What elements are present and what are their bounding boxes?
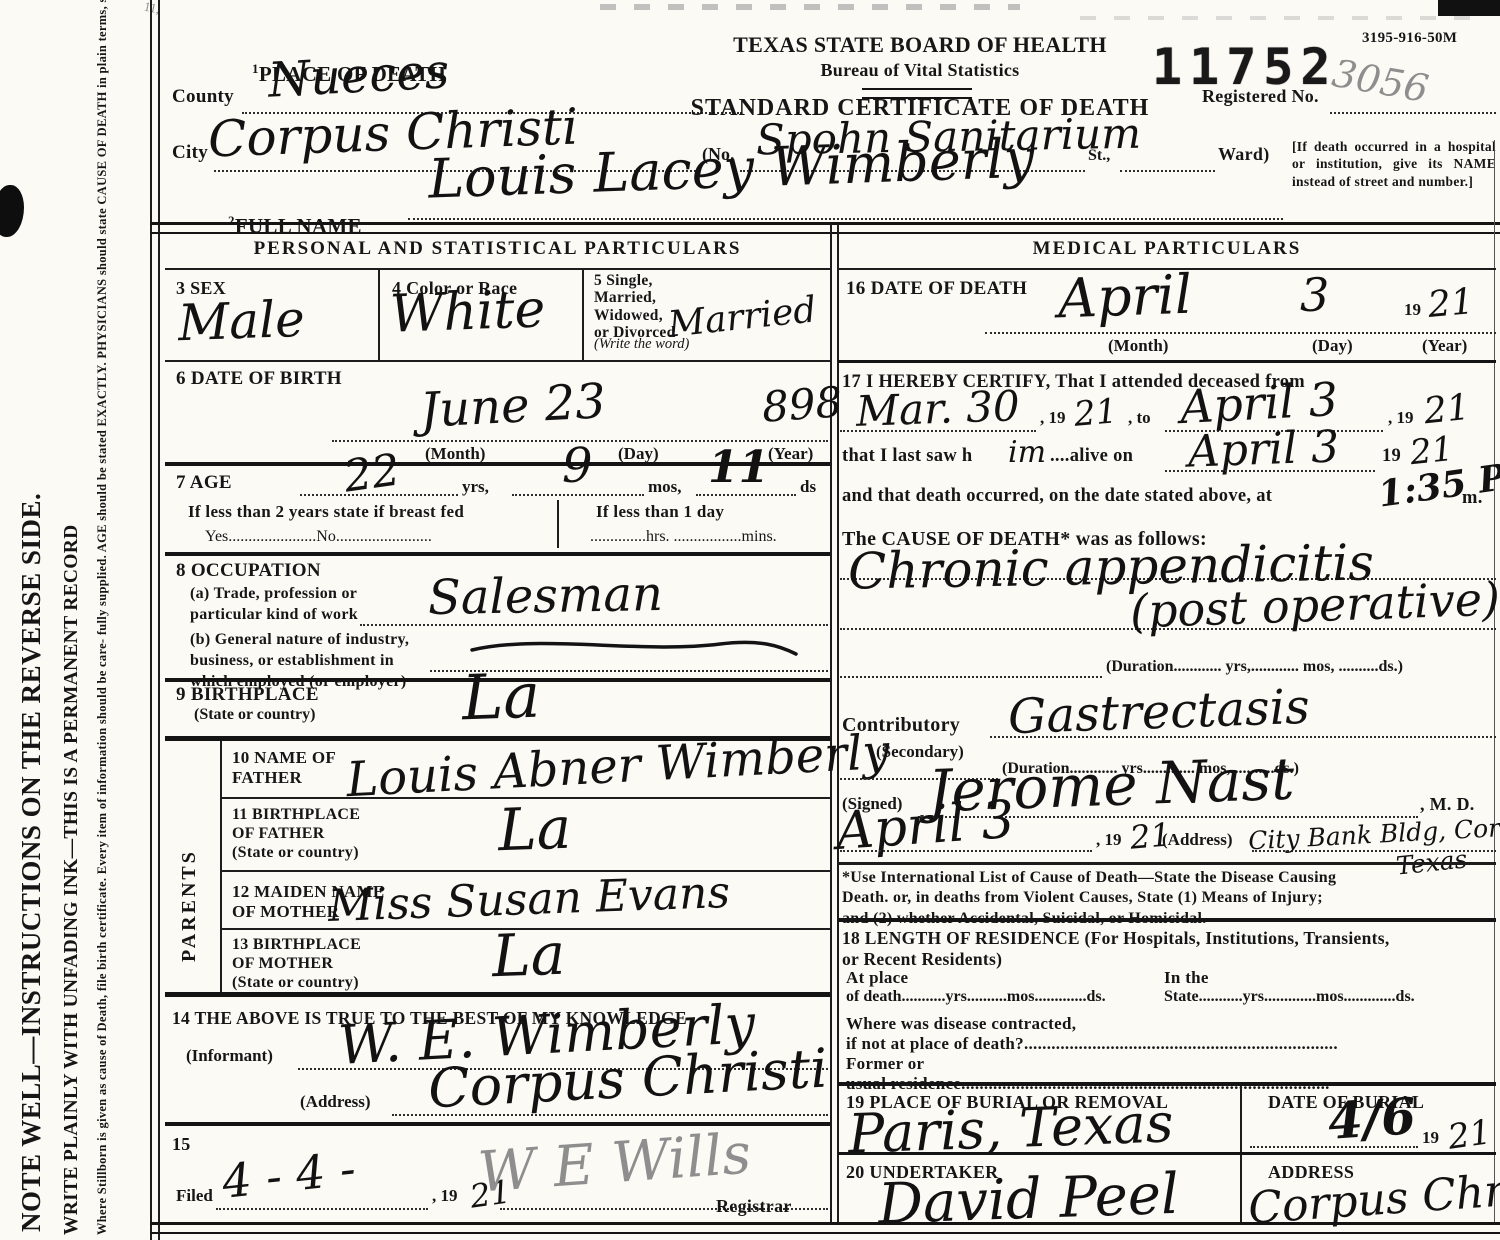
right-edge-line [1494,140,1495,1224]
of-death-line: of death...........yrs..........mos.....… [846,988,1106,1007]
residence-label: 18 LENGTH OF RESIDENCE (For Hospitals, I… [842,928,1390,969]
birthplace-value: La [461,665,541,730]
filed-label: Filed [176,1186,213,1206]
contracted-line: Where was disease contracted, if not at … [846,1014,1338,1054]
city-label: City [172,142,208,164]
father-bp-value: La [497,799,572,860]
age-mos-line [512,494,644,496]
burial-date-line [1250,1146,1418,1148]
dod-line [985,332,1496,334]
father-bp-row-rule [220,870,830,872]
age-ds-line [696,494,796,496]
age-years-value: 22 [341,448,403,499]
attended-from-line [840,430,1036,432]
from-year-prefix: , 19 [1040,408,1066,428]
scan-smudge-top-right [1080,16,1480,20]
dod-month-value: April [1057,268,1193,327]
breastfed-label: If less than 2 years state if breast fed [188,502,464,522]
filed-section-label: 15 [172,1134,191,1155]
in-the-label: In the [1164,968,1209,988]
last-saw-year-prefix: 19 [1382,446,1401,468]
dod-month-caption: (Month) [1108,336,1168,356]
form-code: 3195-916-50M [1362,30,1457,48]
age-days-value: 11 [708,446,769,490]
birthplace-state-caption: (State or country) [194,706,315,725]
ward-label: Ward) [1218,144,1270,165]
former-residence-line: Former or usual residence...............… [846,1054,1330,1094]
undertaker-value: David Peel [877,1167,1180,1233]
state-line: State...........yrs.............mos.....… [1164,988,1415,1007]
sex-value: Male [177,294,305,348]
to-label: , to [1128,408,1151,428]
age-mos-unit: mos, [648,477,682,497]
sidebar-rule-inner [158,0,160,1240]
sign-date-value: April 3 [834,794,1016,858]
board-title: TEXAS STATE BOARD OF HEALTH [700,32,1140,58]
marital-value: Married [667,292,819,343]
last-saw-date-value: April 3 [1187,425,1340,474]
dob-label: 6 DATE OF BIRTH [176,368,342,390]
age-label: 7 AGE [176,472,232,494]
county-label: County [172,86,234,108]
sidebar-write-plainly: WRITE PLAINLY WITH UNFADING INK—THIS IS … [60,525,83,1236]
dod-section-rule [838,360,1496,363]
attended-from-value: Mar. 30 [855,385,1020,433]
race-value: White [389,283,546,340]
certificate-title: STANDARD CERTIFICATE OF DEATH [660,94,1180,122]
medical-section-title: MEDICAL PARTICULARS [838,238,1496,260]
father-label: 10 NAME OF FATHER [232,748,336,788]
last-saw-fill: im [1008,438,1046,468]
sign-date-line [840,850,1092,852]
corner-scan-mark [1438,0,1500,16]
fullname-line [408,218,1283,220]
father-bp-label: 11 BIRTHPLACE OF FATHER (State or countr… [232,806,360,863]
contributory-line [990,736,1496,738]
death-time-m-label: m. [1462,488,1483,510]
age-columns-divider [557,500,559,548]
cause-value-2: (post operative) [1129,576,1500,635]
burial-section-rule [838,1152,1496,1155]
age-yrs-unit: yrs, [462,477,489,497]
cause-line-3 [840,676,1102,678]
at-place-label: At place [846,968,908,988]
residence-section-rule [838,1082,1496,1086]
burial-year-prefix: 19 [1422,1128,1439,1148]
hospital-note: [If death occurred in a hospital or inst… [1292,138,1496,190]
county-value: Nueces [267,47,451,104]
personal-section-title: PERSONAL AND STATISTICAL PARTICULARS [165,238,830,260]
last-saw-prefix: that I last saw h [842,446,973,468]
filed-date-line [216,1208,428,1210]
to-year-prefix: , 19 [1388,408,1414,428]
parents-label: PARENTS [178,849,202,962]
dod-year-value: 21 [1427,284,1476,324]
sex-row-rule [165,360,830,362]
dob-year-value: 898 [761,381,844,428]
death-certificate-scan: 11, NOTE WELL—INSTRUCTIONS ON THE REVERS… [0,0,1500,1240]
informant-address-caption: (Address) [300,1092,371,1112]
age-months-value: 9 [562,442,593,490]
registered-no-value: 3056 [1329,54,1431,108]
duration-label: (Duration............ yrs,............ m… [1106,658,1403,677]
registered-no-label: Registered No. [1202,86,1319,107]
column-divider-left [830,224,832,1224]
from-year-value: 21 [1073,394,1119,432]
st-label: St., [1088,147,1110,166]
dod-year-caption: (Year) [1422,336,1467,356]
parents-divider [220,741,222,992]
header-divider [150,222,1500,234]
sidebar-instructions: Where Stillborn is given as cause of Dea… [94,0,110,1235]
personal-title-rule [165,268,830,270]
ink-blob [0,185,24,237]
sign-address-label: (Address) [1162,830,1233,850]
hrsmins-line: ..............hrs. .................mins… [590,528,777,547]
mother-bp-label: 13 BIRTHPLACE OF MOTHER (State or countr… [232,936,361,993]
contributory-value: Gastrectasis [1007,683,1310,741]
registered-no-line [1330,112,1496,114]
mother-bp-value: La [491,925,566,986]
column-divider-right [837,224,839,1224]
burial-year-value: 21 [1446,1115,1494,1155]
burial-date-value: 4/6 [1326,1091,1417,1147]
age-section-rule [165,552,830,556]
dod-day-caption: (Day) [1312,336,1353,356]
sex-race-divider [378,270,380,360]
birthplace-label: 9 BIRTHPLACE [176,684,319,706]
registrar-label: Registrar [716,1196,792,1217]
yesno-line: Yes......................No.............… [205,528,432,547]
informant-caption: (Informant) [186,1046,273,1066]
alive-on-label: ....alive on [1050,446,1133,468]
occupation-a-value: Salesman [428,570,664,622]
age-ds-unit: ds [800,477,816,497]
contributory-label: Contributory [842,714,960,738]
marital-label: 5 Single, Married, Widowed, or Divorced [594,272,676,341]
ward-line [1120,170,1215,172]
dod-label: 16 DATE OF DEATH [846,278,1027,300]
filed-date-value: 4 - 4 - [220,1145,358,1205]
scan-smudge-top [600,4,1020,10]
sidebar-note-well: NOTE WELL—INSTRUCTIONS ON THE REVERSE SI… [16,493,48,1232]
occupation-a-label: (a) Trade, profession or particular kind… [190,584,358,626]
occupation-label: 8 OCCUPATION [176,560,321,582]
bureau-title: Bureau of Vital Statistics [700,60,1140,81]
place-sup: 1 [252,61,259,76]
sign-year-prefix: , 19 [1096,830,1122,850]
dob-value: June 23 [419,377,607,435]
dod-year-prefix: 19 [1404,300,1421,320]
race-marital-divider [582,270,584,360]
lessday-label: If less than 1 day [596,502,724,522]
registrar-signature: W E Wills [476,1127,752,1202]
filed-year-prefix: , 19 [432,1186,458,1206]
footnote-section-rule [838,918,1496,922]
death-occurred-line: and that death occurred, on the date sta… [842,486,1272,508]
last-saw-line [1165,470,1375,472]
sidebar-rule-outer [150,0,152,1240]
md-label: , M. D. [1420,794,1475,815]
to-year-value: 21 [1422,390,1471,431]
footnote-rule [838,862,1496,865]
dod-day-value: 3 [1300,272,1329,318]
